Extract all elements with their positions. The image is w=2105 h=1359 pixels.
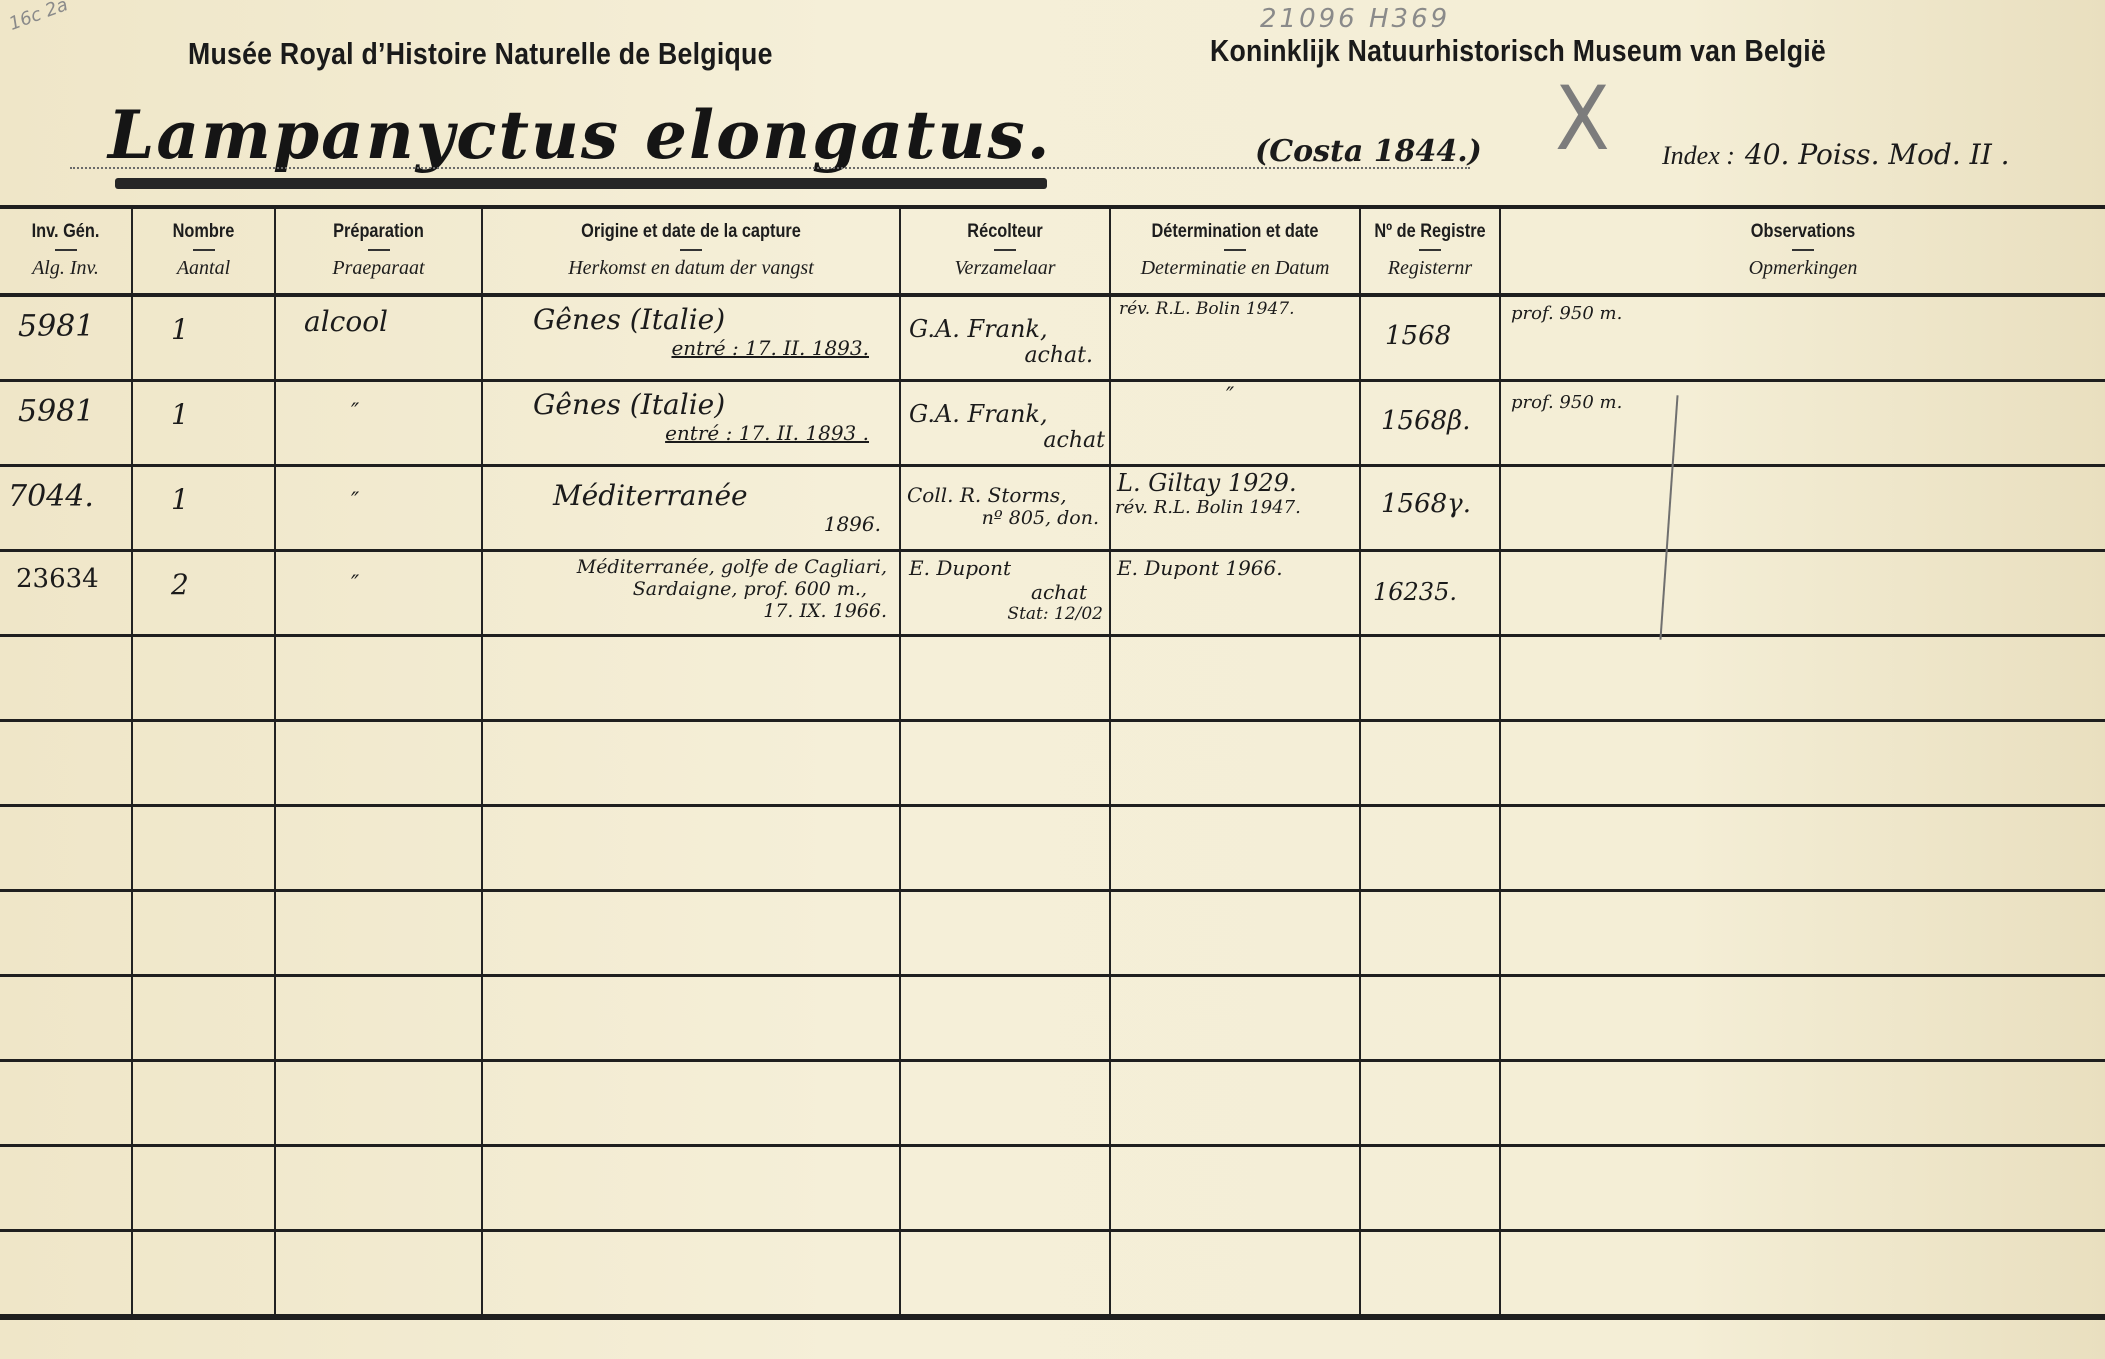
table-row: 23634 2 ″ Méditerranée, golfe de Cagliar… [0,551,2105,636]
species-author: (Costa 1844.) [1255,134,1482,169]
determination: rév. R.L. Bolin 1947. [1111,297,1359,319]
origin-date: entré : 17. II. 1893 . [483,421,899,445]
table-row: 7044. 1 ″ Méditerranée 1896. Coll. R. St… [0,466,2105,551]
determination: ″ [1111,382,1359,409]
register-number: 1568γ. [1361,467,1499,519]
catalog-number-pencil: 21096 H369 [1260,4,1450,34]
collector-note: achat. [901,343,1109,368]
institution-name-fr: Musée Royal d’Histoire Naturelle de Belg… [188,36,773,72]
col-header-recolteur: RécolteurVerzamelaar [900,207,1110,295]
origin-date: 17. IX. 1966. [483,600,887,622]
specimen-count: 1 [133,382,274,431]
determination: E. Dupont 1966. [1111,552,1359,580]
table-row: 5981 1 alcool Gênes (Italie) entré : 17.… [0,295,2105,381]
specimen-count: 2 [133,552,274,601]
observation: prof. 950 m. [1501,382,2105,413]
collector-name: Coll. R. Storms, [901,467,1109,507]
origin-date: 1896. [483,512,899,536]
table-row: 5981 1 ″ Gênes (Italie) entré : 17. II. … [0,381,2105,466]
empty-row [0,806,2105,891]
col-header-inv: Inv. Gén.Alg. Inv. [0,207,132,295]
empty-row [0,1231,2105,1318]
inv-number: 23634 [0,552,131,594]
inv-number: 5981 [0,297,131,344]
col-header-preparation: PréparationPraeparaat [275,207,482,295]
specimen-register-table: Inv. Gén.Alg. Inv. NombreAantal Préparat… [0,205,2105,1320]
origin-date: entré : 17. II. 1893. [483,336,899,360]
institution-name-nl: Koninklijk Natuurhistorisch Museum van B… [1210,33,1826,69]
observation [1501,467,2105,473]
empty-row [0,636,2105,721]
register-number: 1568 [1361,297,1499,351]
preparation: ″ [276,382,481,425]
species-name: Lampanyctus elongatus. [108,96,1052,174]
col-header-nombre: NombreAantal [132,207,275,295]
collector-note: nº 805, don. [901,507,1109,529]
index-value: 40. Poiss. Mod. II . [1745,138,2010,171]
specimen-count: 1 [133,467,274,516]
determination-revision: rév. R.L. Bolin 1947. [1111,497,1359,518]
empty-row [0,1146,2105,1231]
collector-name: E. Dupont [901,552,1109,580]
col-header-observations: ObservationsOpmerkingen [1500,207,2105,295]
specimen-count: 1 [133,297,274,346]
preparation: ″ [276,552,481,597]
empty-row [0,976,2105,1061]
col-header-registre: Nº de RegistreRegisternr [1360,207,1500,295]
index-label: Index : [1662,141,1735,170]
preparation: ″ [276,467,481,514]
empty-row [0,1061,2105,1146]
col-header-origine: Origine et date de la captureHerkomst en… [482,207,900,295]
table-header-row: Inv. Gén.Alg. Inv. NombreAantal Préparat… [0,207,2105,295]
index-field: Index : 40. Poiss. Mod. II . [1662,138,2010,171]
observation: prof. 950 m. [1501,297,2105,324]
origin-place: Méditerranée [483,467,899,512]
empty-row [0,891,2105,976]
origin-place: Gênes (Italie) [483,297,899,336]
observation [1501,552,2105,558]
register-number: 1568β. [1361,382,1499,436]
origin-place: Gênes (Italie) [483,382,899,421]
collector-note: achat [901,428,1109,453]
col-header-determination: Détermination et dateDeterminatie en Dat… [1110,207,1360,295]
collector-station: Stat: 12/02 [901,604,1109,624]
collector-name: G.A. Frank, [901,297,1109,343]
inv-number: 7044. [0,467,131,514]
corner-pencil-mark: 16c 2a [6,0,71,35]
pencil-cross-mark: X [1555,67,1610,169]
inv-number: 5981 [0,382,131,429]
register-number: 16235. [1361,552,1499,606]
origin-details: Sardaigne, prof. 600 m., [483,578,887,600]
preparation: alcool [276,297,481,338]
collector-note: achat [901,580,1109,604]
collector-name: G.A. Frank, [901,382,1109,428]
origin-place: Méditerranée, golfe de Cagliari, [483,552,887,578]
empty-row [0,721,2105,806]
title-underline-bar [115,178,1047,189]
determination: L. Giltay 1929. [1111,467,1359,497]
